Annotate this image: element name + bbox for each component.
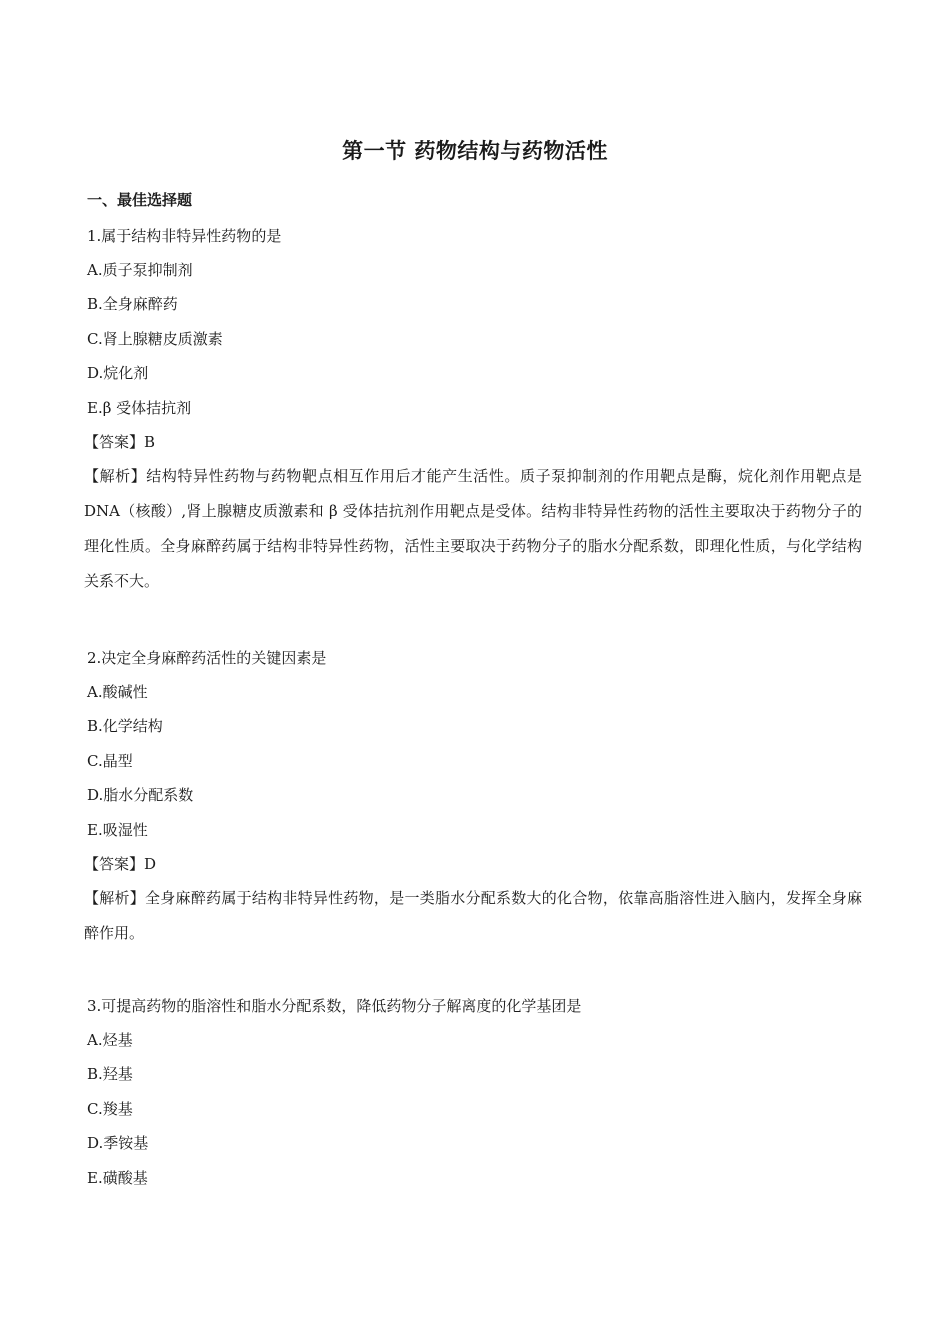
option-b: B.化学结构 — [87, 714, 163, 738]
question-stem: 1.属于结构非特异性药物的是 — [87, 224, 281, 248]
option-c: C.晶型 — [87, 749, 133, 773]
option-e: E.吸湿性 — [87, 818, 148, 842]
option-a: A.质子泵抑制剂 — [87, 258, 193, 282]
answer: 【答案】D — [84, 852, 156, 876]
document-page: 第一节 药物结构与药物活性 一、最佳选择题 1.属于结构非特异性药物的是 A.质… — [0, 0, 950, 1344]
analysis: 【解析】结构特异性药物与药物靶点相互作用后才能产生活性。质子泵抑制剂的作用靶点是… — [84, 459, 862, 599]
option-d: D.烷化剂 — [87, 361, 148, 385]
question-stem: 3.可提高药物的脂溶性和脂水分配系数，降低药物分子解离度的化学基团是 — [87, 994, 581, 1018]
answer: 【答案】B — [84, 430, 155, 454]
option-e: E.磺酸基 — [87, 1166, 148, 1190]
option-b: B.羟基 — [87, 1062, 133, 1086]
option-c: C.肾上腺糖皮质激素 — [87, 327, 223, 351]
option-e: E.β 受体拮抗剂 — [87, 396, 191, 420]
option-b: B.全身麻醉药 — [87, 292, 178, 316]
option-d: D.脂水分配系数 — [87, 783, 193, 807]
question-stem: 2.决定全身麻醉药活性的关键因素是 — [87, 646, 326, 670]
option-c: C.羧基 — [87, 1097, 133, 1121]
option-d: D.季铵基 — [87, 1131, 148, 1155]
analysis: 【解析】全身麻醉药属于结构非特异性药物，是一类脂水分配系数大的化合物，依靠高脂溶… — [84, 881, 862, 951]
section-heading: 一、最佳选择题 — [87, 188, 192, 212]
page-title: 第一节 药物结构与药物活性 — [0, 136, 950, 166]
option-a: A.酸碱性 — [87, 680, 148, 704]
option-a: A.烃基 — [87, 1028, 133, 1052]
